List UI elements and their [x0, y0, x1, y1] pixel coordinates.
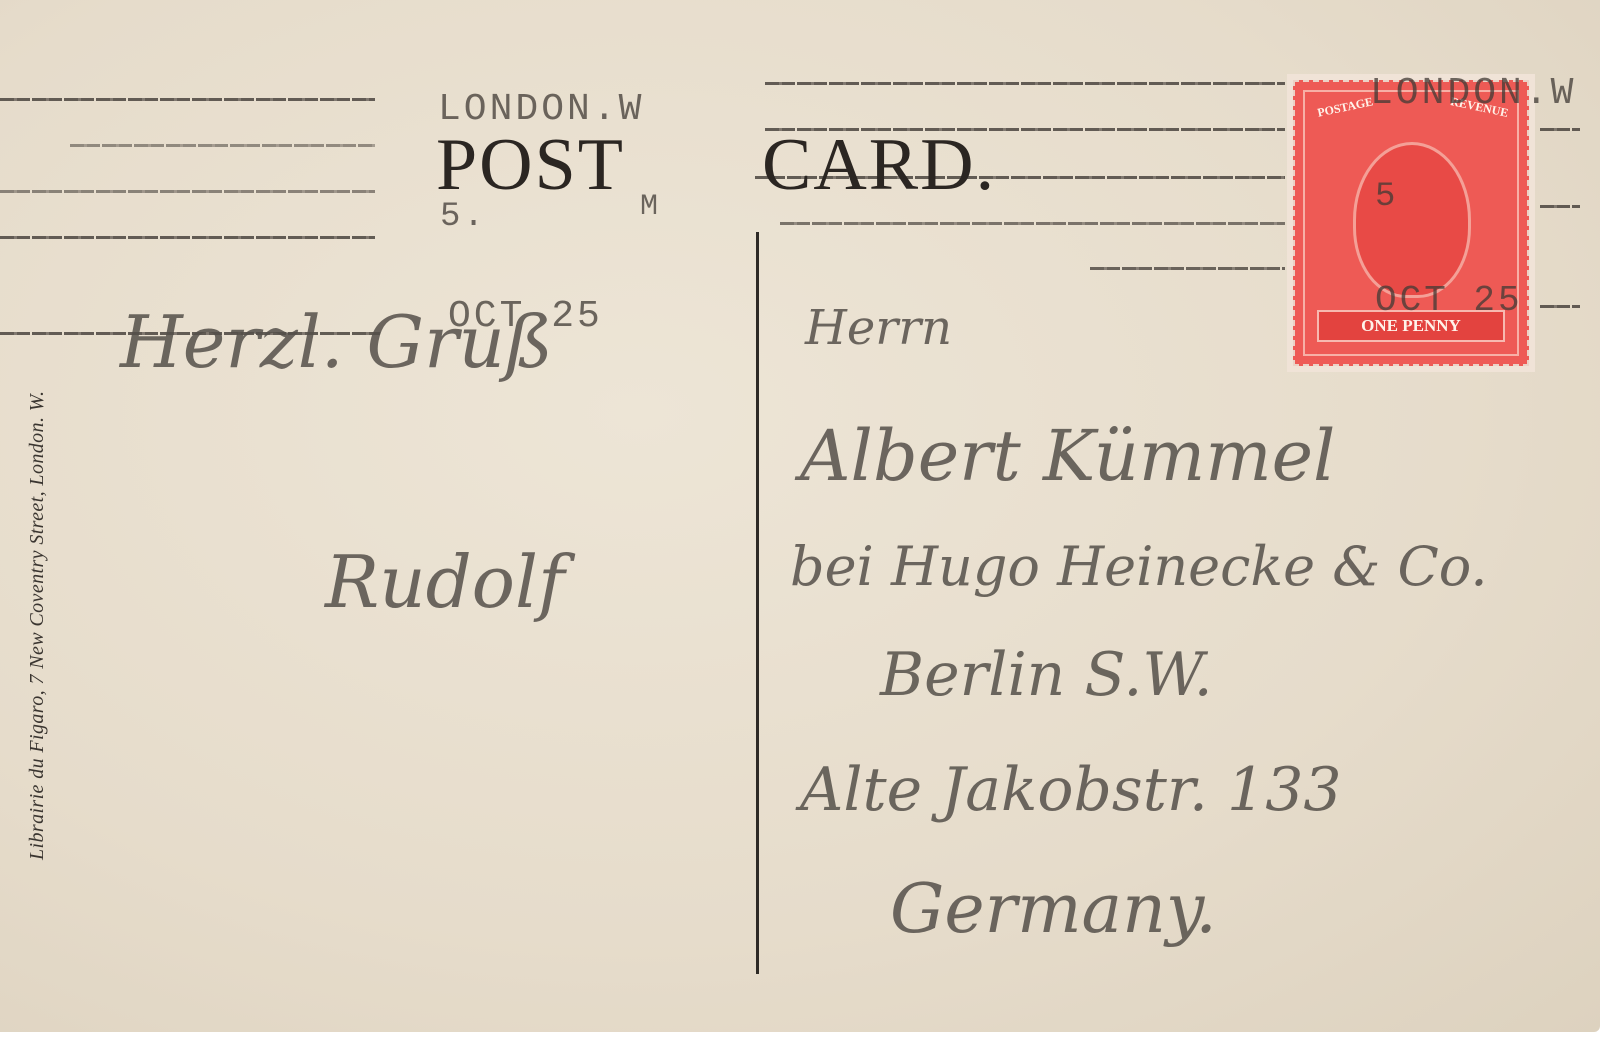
handwritten-signature: Rudolf: [325, 540, 565, 624]
address-line: bei Hugo Heinecke & Co.: [790, 535, 1488, 598]
postcard-title-post: POST: [436, 128, 625, 202]
address-line: Albert Kümmel: [800, 415, 1335, 497]
postmark-time: 5: [1375, 178, 1398, 216]
address-line: Alte Jakobstr. 133: [800, 755, 1342, 825]
postage-stamp: POSTAGE REVENUE ONE PENNY: [1293, 80, 1529, 366]
cancellation-line: [0, 236, 375, 239]
address-divider: [756, 232, 759, 974]
king-portrait-icon: [1353, 142, 1471, 298]
postmark-time-suffix: M: [640, 190, 661, 224]
cancellation-line: [1540, 205, 1580, 208]
postcard-back: Librairie du Figaro, 7 New Coventry Stre…: [0, 0, 1600, 1032]
cancellation-line: [1090, 267, 1285, 270]
publisher-imprint: Librairie du Figaro, 7 New Coventry Stre…: [26, 391, 49, 860]
handwritten-greeting: Herzl. Gruß: [120, 300, 553, 384]
address-line: Berlin S.W.: [880, 640, 1213, 710]
cancellation-line: [1540, 128, 1580, 131]
address-line: Germany.: [890, 870, 1217, 949]
cancellation-line: [0, 98, 375, 101]
cancellation-line: [1540, 305, 1580, 308]
address-line: Herrn: [805, 300, 952, 356]
postcard-title-card: CARD.: [762, 128, 996, 202]
postmark-city: LONDON.W: [1370, 72, 1576, 115]
cancellation-line: [0, 190, 375, 193]
cancellation-line: [70, 144, 375, 147]
cancellation-line: [780, 222, 1285, 225]
postmark-date: OCT 25: [1375, 280, 1523, 321]
cancellation-line: [765, 82, 1285, 85]
